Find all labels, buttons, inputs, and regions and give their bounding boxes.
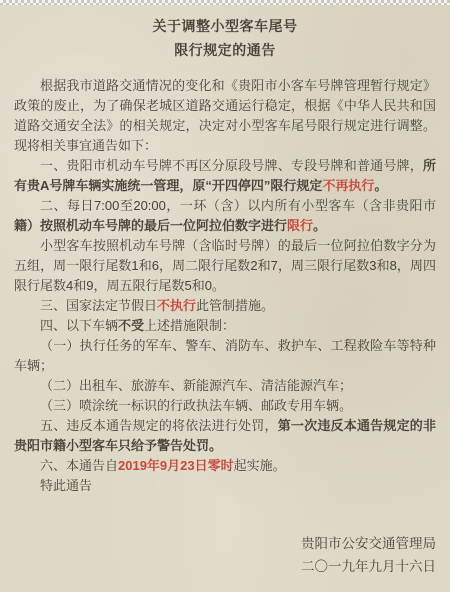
text-segment: 特此通告 <box>40 478 92 493</box>
text-segment: （三）喷涂统一标识的行政执法车辆、邮政专用车辆。 <box>40 398 352 413</box>
text-segment: （二）出租车、旅游车、新能源汽车、清洁能源汽车； <box>40 378 352 393</box>
text-segment: 四、以下车辆 <box>40 318 118 333</box>
text-segment: 此管制措施。 <box>196 298 274 313</box>
text-segment: 不执行 <box>157 298 196 313</box>
paragraph: 六、本通告自2019年9月23日零时起实施。 <box>14 456 436 476</box>
paragraph: 一、贵阳市机动车号牌不再区分原段号牌、专段号牌和普通号牌，所有贵A号牌车辆实施统… <box>14 156 436 196</box>
paragraph: （三）喷涂统一标识的行政执法车辆、邮政专用车辆。 <box>14 396 436 416</box>
notice-title: 关于调整小型客车尾号 限行规定的通告 <box>0 14 450 62</box>
text-segment: 小型客车按照机动车号牌（含临时号牌）的最后一位阿拉伯数字分为五组，周一限行尾数1… <box>14 238 436 293</box>
paragraph: 小型客车按照机动车号牌（含临时号牌）的最后一位阿拉伯数字分为五组，周一限行尾数1… <box>14 236 436 296</box>
text-segment: 六、本通告自 <box>40 458 118 473</box>
notice-title-line1: 关于调整小型客车尾号 <box>0 14 450 38</box>
text-segment: 根据我市道路交通情况的变化和《贵阳市小客车号牌管理暂行规定》政策的废止，为了确保… <box>14 78 436 153</box>
paragraph: （二）出租车、旅游车、新能源汽车、清洁能源汽车； <box>14 376 436 396</box>
perforated-edge <box>0 0 450 5</box>
notice-body: 根据我市道路交通情况的变化和《贵阳市小客车号牌管理暂行规定》政策的废止，为了确保… <box>14 76 436 496</box>
issue-date: 二〇一九年九月十六日 <box>301 555 436 578</box>
text-segment: （一）执行任务的军车、警车、消防车、救护车、工程救险车等特种车辆； <box>14 338 436 373</box>
text-segment: 限行 <box>287 218 313 233</box>
paragraph: 三、国家法定节假日不执行此管制措施。 <box>14 296 436 316</box>
notice-page: 关于调整小型客车尾号 限行规定的通告 根据我市道路交通情况的变化和《贵阳市小客车… <box>0 0 450 592</box>
text-segment: 三、国家法定节假日 <box>40 298 157 313</box>
text-segment: 籍）按照机动车号牌的最后一位阿拉伯数字进行 <box>14 218 287 233</box>
signature-block: 贵阳市公安交通管理局 二〇一九年九月十六日 <box>301 532 436 578</box>
text-segment: 起实施。 <box>234 458 286 473</box>
text-segment: 五、违反本通告规定的将依法进行处罚， <box>40 418 278 433</box>
paragraph: （一）执行任务的军车、警车、消防车、救护车、工程救险车等特种车辆； <box>14 336 436 376</box>
text-segment: 一、贵阳市机动车号牌不再区分原段号牌、专段号牌和普通号牌， <box>40 158 423 173</box>
text-segment: 二、每日7:00至20:00，一环（含）以内所有小型客车（含非贵阳市 <box>40 198 436 213</box>
text-segment: 。 <box>313 218 326 233</box>
text-segment: 不受 <box>118 318 144 333</box>
text-segment: 不再执行 <box>322 178 374 193</box>
issuing-agency: 贵阳市公安交通管理局 <box>301 532 436 555</box>
text-segment: 2019年9月23日零时 <box>118 458 234 473</box>
paragraph: 根据我市道路交通情况的变化和《贵阳市小客车号牌管理暂行规定》政策的废止，为了确保… <box>14 76 436 156</box>
notice-title-line2: 限行规定的通告 <box>0 38 450 62</box>
paragraph: 二、每日7:00至20:00，一环（含）以内所有小型客车（含非贵阳市籍）按照机动… <box>14 196 436 236</box>
paragraph: 特此通告 <box>14 476 436 496</box>
text-segment: 上述措施限制： <box>144 318 235 333</box>
paragraph: 五、违反本通告规定的将依法进行处罚，第一次违反本通告规定的非贵阳市籍小型客车只给… <box>14 416 436 456</box>
text-segment: 。 <box>374 178 387 193</box>
paragraph: 四、以下车辆不受上述措施限制： <box>14 316 436 336</box>
